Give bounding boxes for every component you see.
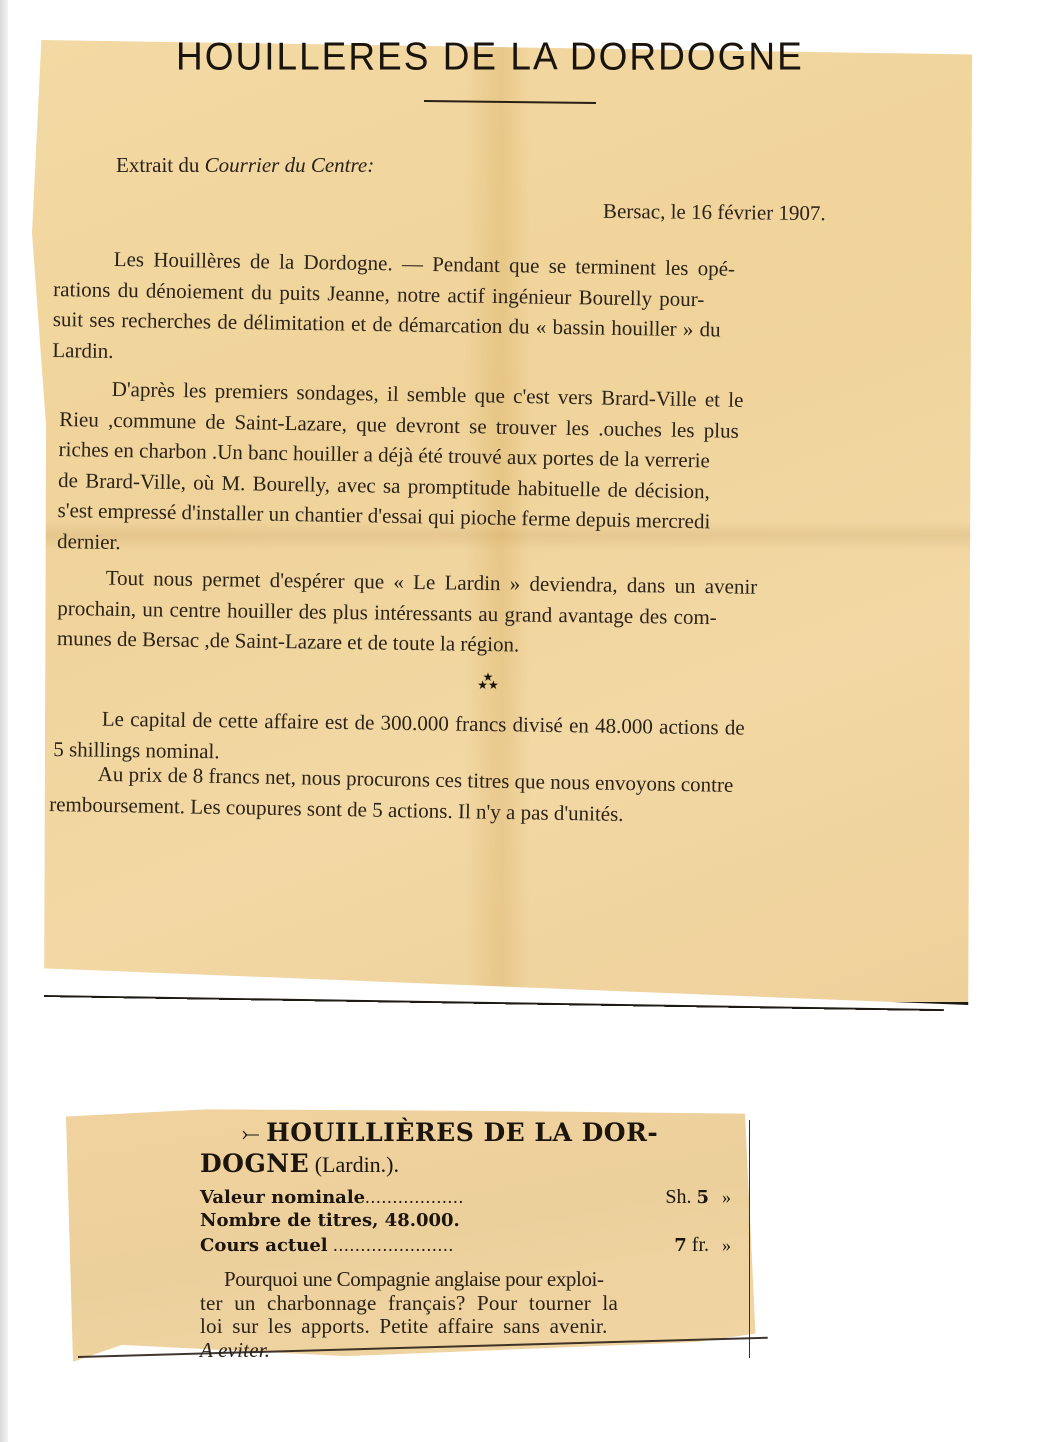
text-line: ter un charbonnage français? Pour tourne… xyxy=(200,1292,730,1316)
clipping-commentary: Pourquoi une Compagnie anglaise pour exp… xyxy=(200,1268,730,1362)
scan-edge xyxy=(0,0,8,1442)
clipping-title-line2: DOGNE xyxy=(200,1149,309,1178)
leader-dots: .................. xyxy=(365,1187,464,1207)
ditto-mark: » xyxy=(722,1185,731,1209)
paragraph-1: Les Houillères de la Dordogne. — Pendant… xyxy=(52,243,942,379)
closing-verdict: A eviter. xyxy=(200,1338,270,1362)
clipping-title-suffix: (Lardin.). xyxy=(309,1152,399,1177)
row-label: Cours actuel xyxy=(200,1235,328,1256)
arrow-ornament-icon: ⤚ xyxy=(242,1120,260,1149)
value-prefix: Sh. xyxy=(665,1186,696,1208)
row-nominal-value: Valeur nominale.................. Sh. 5 … xyxy=(200,1185,735,1209)
ditto-mark: » xyxy=(722,1233,731,1257)
document-title: HOUILLERES DE LA DORDOGNE xyxy=(176,35,856,79)
value-suffix: fr. xyxy=(687,1234,709,1256)
leader-dots: ...................... xyxy=(328,1235,455,1255)
column-rule xyxy=(749,1120,750,1358)
clipping-title-line1: HOUILLIÈRES DE LA DOR- xyxy=(266,1118,658,1147)
paragraph-3: Tout nous permet d'espérer que « Le Lard… xyxy=(57,562,938,666)
row-current-price: Cours actuel ...................... 7 fr… xyxy=(200,1233,735,1257)
clipping-title: ⤚HOUILLIÈRES DE LA DOR- DOGNE (Lardin.). xyxy=(200,1118,745,1179)
row-label: Nombre de titres, 48.000. xyxy=(200,1209,460,1233)
dateline: Bersac, le 16 février 1907. xyxy=(603,196,826,228)
row-value: 5 xyxy=(696,1187,709,1208)
sheet-bottom-edge xyxy=(44,995,944,1031)
row-share-count: Nombre de titres, 48.000. xyxy=(200,1209,735,1233)
source-prefix: Extrait du xyxy=(116,153,205,177)
source-line: Extrait du Courrier du Centre: xyxy=(116,150,374,180)
text-line: loi sur les apports. Petite affaire sans… xyxy=(200,1315,730,1339)
source-name: Courrier du Centre: xyxy=(205,153,375,177)
asterism-ornament: ★★★ xyxy=(476,673,500,689)
text-line: Pourquoi une Compagnie anglaise pour exp… xyxy=(200,1268,730,1292)
paragraph-2: D'après les premiers sondages, il semble… xyxy=(57,373,940,571)
row-value: 7 xyxy=(674,1235,687,1256)
row-label: Valeur nominale xyxy=(200,1187,365,1208)
